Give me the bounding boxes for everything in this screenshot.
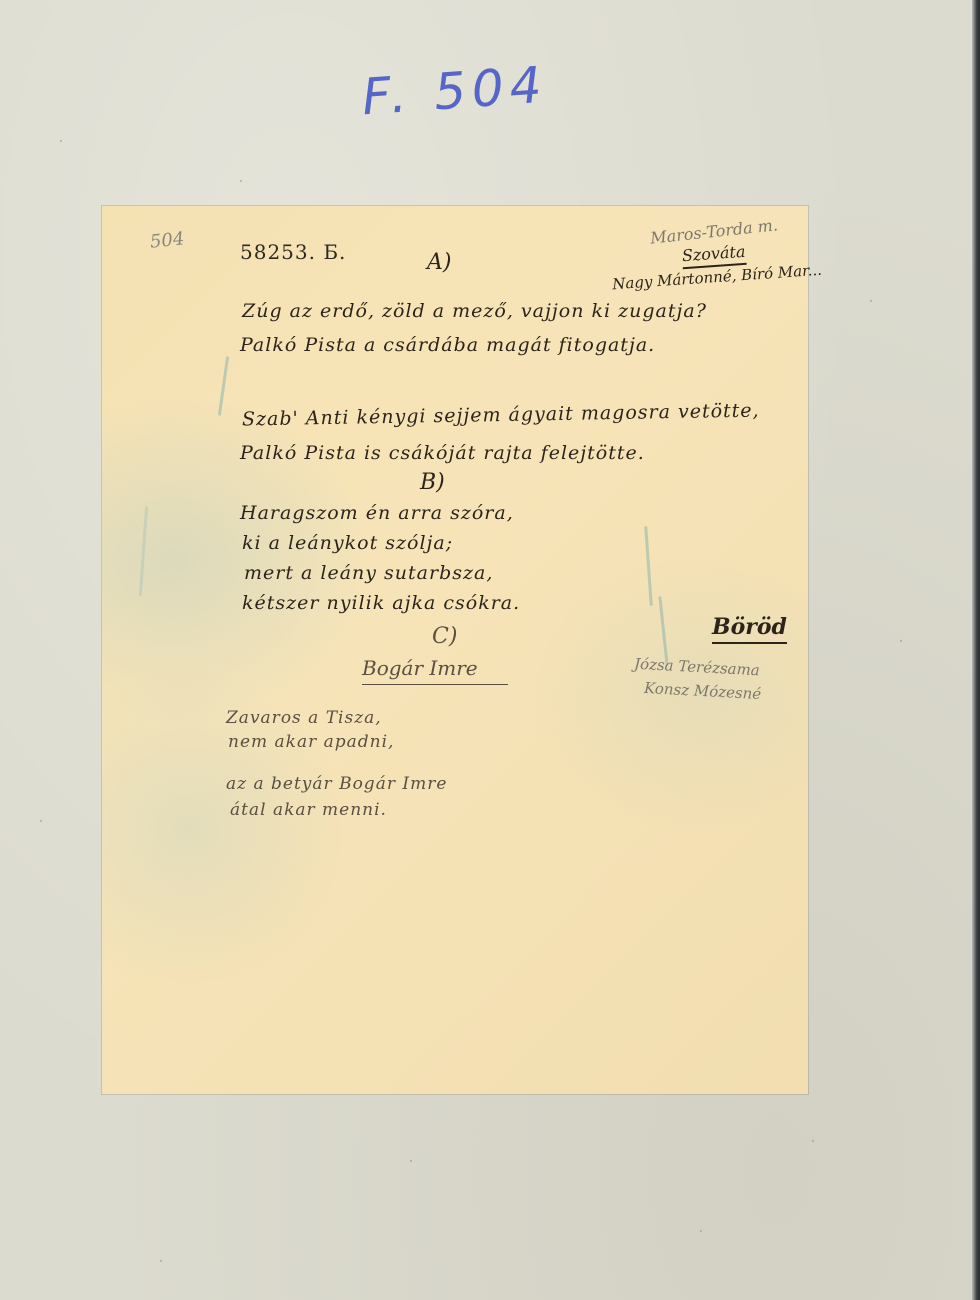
verse-line: Szab' Anti kénygi sejjem ágyait magosra … [242,399,760,430]
verse-line: kétszer nyilik ajka csókra. [242,592,520,614]
verse-line: nem akar apadni, [228,732,394,752]
board-right-edge [972,0,980,1300]
paper-speck [900,640,902,642]
verse-line: Palkó Pista is csákóját rajta felejtötte… [240,442,645,464]
paper-speck [812,1140,814,1142]
verse-line: átal akar menni. [230,800,387,820]
manuscript-sheet: 504 58253. Б. A) Maros-Torda m. Szováta … [102,206,808,1094]
ink-bleed-mark [218,356,229,416]
verse-line: Palkó Pista a csárdába magát fitogatja. [240,334,655,356]
paper-speck [160,1260,162,1262]
paper-speck [870,300,872,302]
printed-catalog-number: 58253. Б. [240,240,346,264]
paper-speck [40,820,42,822]
paper-speck [410,1160,412,1162]
paper-speck [700,1230,702,1232]
paper-speck [240,180,242,182]
verse-line: Zúg az erdő, zöld a mező, vajjon ki zuga… [242,300,707,322]
place-signature: Böröd [712,614,787,644]
section-label-a: A) [427,250,451,275]
collector-note-line: Konsz Mózesné [644,679,762,703]
verse-line: ki a leánykot szólja; [242,532,453,554]
verse-line: Zavaros a Tisza, [226,708,382,728]
verse-line: Haragszom én arra szóra, [240,502,514,524]
section-label-c: C) [432,624,457,649]
pencil-number: 504 [149,228,185,252]
paper-speck [60,140,62,142]
section-label-b: B) [420,470,445,495]
verse-line: mert a leány sutarbsza, [244,562,493,584]
collector-note-line: Józsa Terézsama [634,655,761,680]
ink-bleed-mark [139,506,148,596]
location-county: Maros-Torda m. [649,215,778,247]
ink-bleed-mark [644,526,653,606]
verse-line: az a betyár Bogár Imre [226,774,447,794]
song-title: Bogár Imre [362,656,508,685]
location-village: Szováta [681,242,746,269]
